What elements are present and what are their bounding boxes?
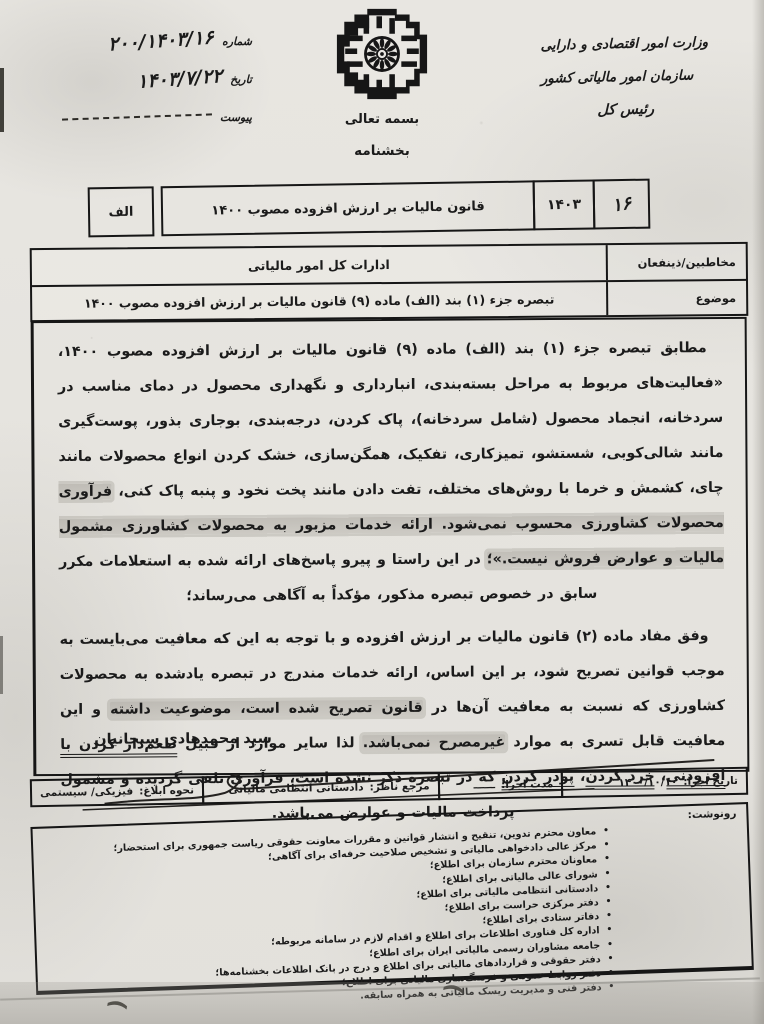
attachment-label: پیوست — [220, 111, 252, 124]
document-page: شماره ۲۰۰/۱۴۰۳/۱۶ تاریخ ۱۴۰۳/۷/۲۲ پیوست — [0, 0, 764, 1024]
attachment-blank-line — [62, 113, 212, 120]
category-cell: الف — [88, 186, 155, 237]
subject-label: موضوع — [606, 281, 746, 315]
scan-edge-artifact — [0, 636, 3, 694]
date-label: تاریخ — [230, 73, 252, 86]
circular-body: مطابق تبصره جزء (۱) بند (الف) ماده (۹) ق… — [31, 317, 750, 776]
highlighted-text: قانون تصریح شده است، موضوعیت داشته — [110, 700, 423, 718]
number-row: شماره ۲۰۰/۱۴۰۳/۱۶ — [16, 22, 252, 60]
addressees-label: مخاطبین/ذینفعان — [606, 244, 746, 280]
office-title: رئیس کل — [500, 91, 751, 129]
number-value: ۲۰۰/۱۴۰۳/۱۶ — [108, 26, 215, 55]
tax-administration-emblem-icon — [334, 8, 430, 100]
classification-row: الف قانون مالیات بر ارزش افزوده مصوب ۱۴۰… — [88, 179, 651, 238]
body-paragraph-1: مطابق تبصره جزء (۱) بند (الف) ماده (۹) ق… — [58, 331, 725, 615]
notify-label: نحوه ابلاغ: — [139, 784, 194, 797]
date-row: تاریخ ۱۴۰۳/۷/۲۲ — [16, 60, 252, 98]
bullet-icon: • — [606, 924, 612, 937]
exec-date-cell: تاریخ اجرا: ۱۴۰۰/۱۰/۱۰ — [561, 767, 748, 798]
exec-duration-label: مدت اجرا: — [501, 778, 553, 791]
bullet-icon: • — [607, 938, 613, 951]
year-cell: ۱۴۰۳ — [533, 179, 596, 230]
bullet-icon: • — [607, 953, 613, 966]
signature-block: سید محمدهادی سبحانیان — [94, 731, 272, 748]
law-title-cell: قانون مالیات بر ارزش افزوده مصوب ۱۴۰۰ — [161, 180, 536, 236]
letterhead-center: بسمه تعالی بخشنامه — [282, 8, 482, 159]
letterhead-org-block: وزارت امور اقتصادی و دارایی سازمان امور … — [499, 25, 751, 129]
supervising-authority-cell: مرجع ناظر: دادستانی انتظامی مالیاتی — [202, 772, 440, 804]
attachment-row: پیوست — [16, 98, 252, 136]
exec-duration-cell: مدت اجرا: ــــــ — [437, 770, 563, 800]
subject-row: موضوع تبصره جزء (۱) بند (الف) ماده (۹) ق… — [32, 279, 746, 320]
serial-handwritten: ۱۶ — [610, 192, 632, 216]
ministry-name: وزارت امور اقتصادی و دارایی — [499, 25, 750, 63]
document-type-title: بخشنامه — [282, 143, 482, 159]
bullet-icon: • — [603, 839, 609, 852]
scanned-circular-screenshot: { "letterhead": { "number_label": "شماره… — [0, 0, 764, 1024]
signatory-name: سید محمدهادی سبحانیان — [94, 731, 272, 748]
scan-edge-shadow — [752, 0, 764, 1024]
bullet-icon: • — [603, 825, 609, 838]
letterhead: شماره ۲۰۰/۱۴۰۳/۱۶ تاریخ ۱۴۰۳/۷/۲۲ پیوست — [0, 8, 764, 180]
authority-label: مرجع ناظر: — [370, 780, 430, 793]
addressees-row: مخاطبین/ذینفعان ادارات کل امور مالیاتی — [32, 244, 746, 285]
bullet-icon: • — [605, 882, 611, 895]
subject-value: تبصره جزء (۱) بند (الف) ماده (۹) قانون م… — [32, 282, 606, 320]
scan-edge-artifact — [0, 68, 4, 132]
authority-value: دادستانی انتظامی مالیاتی — [228, 781, 363, 795]
date-value: ۱۴۰۳/۷/۲۲ — [136, 65, 223, 93]
exec-date-value: ۱۴۰۰/۱۰/۱۰ — [618, 776, 677, 789]
bullet-icon: • — [604, 867, 610, 880]
number-label: شماره — [222, 35, 252, 48]
exec-date-label: تاریخ اجرا: — [683, 775, 738, 788]
bullet-icon: • — [604, 853, 610, 866]
addressees-value: ادارات کل امور مالیاتی — [32, 245, 606, 285]
notification-method-cell: نحوه ابلاغ: فیزیکی/ سیستمی — [30, 776, 204, 807]
serial-cell: ۱۶ — [593, 179, 651, 230]
organization-name: سازمان امور مالیاتی کشور — [492, 59, 743, 97]
body-text: مطابق تبصره جزء (۱) بند (الف) ماده (۹) ق… — [58, 340, 724, 500]
scan-bottom-shadow — [0, 982, 764, 1024]
notify-value: فیزیکی/ سیستمی — [40, 785, 133, 799]
besmeh-taala-text: بسمه تعالی — [282, 112, 482, 127]
exec-duration-value: ــــــ — [473, 779, 495, 791]
meta-table: مخاطبین/ذینفعان ادارات کل امور مالیاتی م… — [30, 242, 749, 322]
bullet-icon: • — [606, 910, 612, 923]
bullet-icon: • — [608, 967, 614, 980]
letterhead-number-block: شماره ۲۰۰/۱۴۰۳/۱۶ تاریخ ۱۴۰۳/۷/۲۲ پیوست — [16, 22, 252, 136]
distribution-box: رونوشت: •معاون محترم تدوین، تنقیح و انتش… — [30, 802, 753, 995]
bullet-icon: • — [605, 896, 611, 909]
